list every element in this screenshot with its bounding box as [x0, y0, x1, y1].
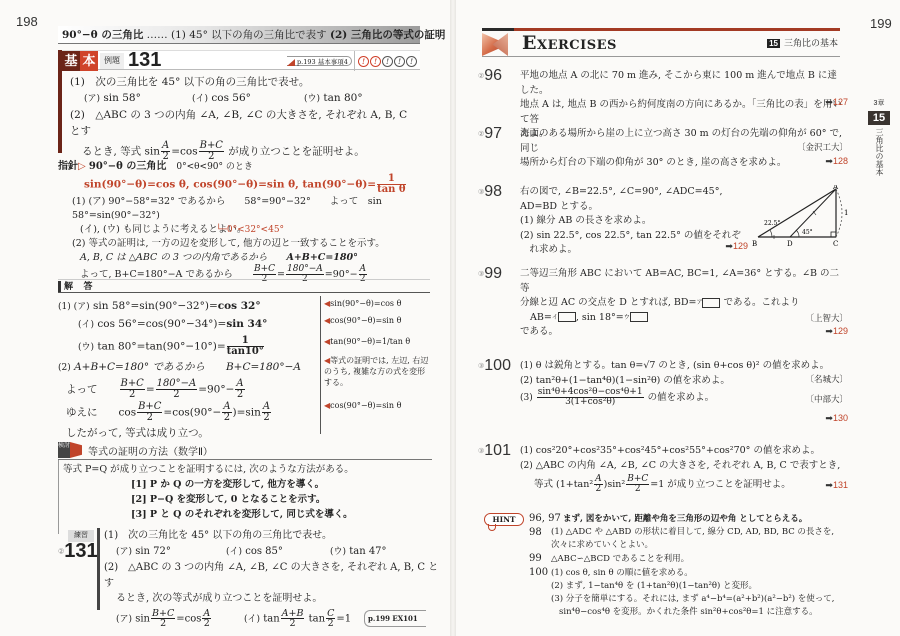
svg-text:D: D	[787, 240, 793, 248]
difficulty-icon-empty: !	[394, 56, 405, 67]
practice-reference-link[interactable]: p.199 EX101	[364, 610, 426, 628]
exercise-source: 〔上智大〕	[805, 312, 848, 324]
side-note: ◀tan(90°−θ)=1/tan θ	[324, 336, 432, 347]
guide-step2b: A, B, C は △ABC の 3 つの内角であるから A+B+C=180°	[58, 251, 438, 265]
header-rule	[482, 28, 840, 31]
exercise-97: ②97 海面のある場所から崖の上に立つ高さ 30 m の灯台の先端の仰角が 60…	[478, 125, 848, 173]
hint-item: sin⁴θ−cos⁴θ を変形。かくれた条件 sin²θ+cos²θ=1 に注意…	[529, 606, 864, 619]
exercise-96: ②96 平地の地点 A の北に 70 m 進み, そこから東に 100 m 進ん…	[478, 67, 848, 115]
exercise-source: 〔金沢工大〕	[797, 141, 848, 153]
example-q2-line1: (2) △ABC の 3 つの内角 ∠A, ∠B, ∠C の大きさを, それぞれ…	[70, 107, 420, 139]
fraction: B+C2	[137, 402, 162, 423]
example-header: 基 本 例題 131 p.193 基本事項4 ! ! ! ! !	[62, 50, 420, 70]
exercise-ref-link[interactable]: ➡129	[725, 241, 748, 252]
chapter-side-tab[interactable]: 3章 15 三角比の基本	[868, 98, 890, 176]
answer-body: (1) (ア) sin 58°=sin(90°−32°)=cos 32° (イ)…	[58, 298, 318, 442]
hint-item: (2) まず, 1−tan⁴θ を (1+tan²θ)(1−tan²θ) と変形…	[529, 580, 864, 593]
study-icon: 検討	[58, 442, 70, 458]
hint-body: 96, 97まず, 図をかいて, 距離や角を三角形の辺や角 としてとらえる。 9…	[529, 512, 864, 619]
side-tab-section: 15	[868, 111, 890, 125]
example-q1-intro: (1) 次の三角比を 45° 以下の角の三角比で表せ。	[70, 74, 420, 90]
badge-kihon-1: 基	[62, 51, 80, 71]
topic-point-2: (2) 三角比の等式の証明	[330, 29, 445, 41]
fraction: B+C2	[120, 379, 145, 400]
practice-q1-intro: (1) 次の三角比を 45° 以下の角の三角比で表せ。	[104, 528, 444, 544]
svg-text:A: A	[832, 185, 839, 191]
exercise-101: ③101 (1) cos²20°+cos²35°+cos²45°+cos²55°…	[478, 442, 848, 497]
page-number-right: 199	[870, 16, 892, 31]
formula-text: sin(90°−θ)=cos θ, cos(90°−θ)=sin θ, tan(…	[84, 178, 376, 190]
fraction: A2	[222, 402, 231, 423]
practice-q2-items: (ア) sinB+C2=cosA2 (イ) tanA+B2 tanC2=1 p.…	[104, 609, 444, 629]
exercise-ref-link[interactable]: ➡127	[825, 97, 848, 108]
difficulty-icon-empty: !	[406, 56, 417, 67]
hint-item: (3) 分子を簡単にする。それには, まず a⁴−b⁴=(a²+b²)(a²−b…	[529, 593, 864, 606]
hint-badge: HINT	[484, 513, 524, 526]
header-underline	[482, 56, 840, 57]
example-label: 例題	[100, 53, 124, 69]
left-page: 198 90°−θ の三角比 …… (1) 45° 以下の角の三角比で表す (2…	[0, 0, 452, 636]
answer-marker	[58, 281, 61, 292]
practice-q1-items: (ア) sin 72° (イ) cos 85° (ウ) tan 47°	[104, 544, 444, 561]
item-label: (イ)	[192, 94, 208, 104]
flag-icon	[70, 442, 82, 458]
practice-number: ②131	[58, 540, 98, 563]
answer-blank[interactable]	[630, 312, 648, 322]
chapter-number: 15	[767, 39, 780, 48]
study-method: [1] P か Q の一方を変形して, 他方を導く。	[59, 477, 432, 492]
triangle-right-icon: ▷	[78, 161, 86, 172]
example-q1-items: (ア) sin 58° (イ) cos 56° (ウ) tan 80°	[70, 90, 420, 107]
arrow-right-icon: ➡	[825, 156, 833, 166]
practice-divider	[97, 528, 100, 610]
arrow-right-icon: ➡	[825, 480, 833, 490]
text: =cos	[171, 145, 197, 157]
guide-label: 指針	[58, 161, 78, 172]
arrow-right-icon: ➡	[825, 97, 833, 107]
study-method: [2] P−Q を変形して, 0 となることを示す。	[59, 492, 432, 507]
exercise-99: ③99 二等辺三角形 ABC において AB=AC, BC=1, ∠A=36° …	[478, 265, 848, 339]
exercise-source: 〔名城大〕	[805, 373, 848, 385]
hint-item: 98(1) △ADC や △ABD の形状に着目して, 線分 CD, AD, B…	[529, 526, 864, 552]
study-section: 検討 等式の証明の方法（数学Ⅱ） 等式 P=Q が成り立つことを証明するには, …	[58, 440, 432, 534]
guide-step1: (1) (ア) 90°−58°=32° であるから 58°=90°−32° よっ…	[58, 195, 438, 223]
arrow-right-icon: ➡	[825, 326, 833, 336]
side-note: ◀cos(90°−θ)=sin θ	[324, 400, 432, 411]
study-intro: 等式 P=Q が成り立つことを証明するには, 次のような方法がある。	[59, 462, 432, 477]
chapter-tag: 15三角比の基本	[767, 36, 838, 49]
item-expr: sin 58°	[103, 92, 140, 104]
svg-text:45°: 45°	[802, 229, 813, 236]
item-label: (ウ)	[304, 94, 320, 104]
practice-q2-line2: るとき, 次の等式が成り立つことを証明せよ。	[104, 591, 444, 607]
exercise-100: ③100 (1) θ は鋭角とする。tan θ=√7 のとき, (sin θ+c…	[478, 357, 848, 427]
example-q2-line2: るとき, 等式 sinA2=cosB+C2 が成り立つことを証明せよ。	[70, 141, 420, 162]
example-body: (1) 次の三角比を 45° 以下の角の三角比で表せ。 (ア) sin 58° …	[70, 74, 420, 162]
guide-note: └─0°<32°<45°	[216, 223, 284, 237]
side-tab-title: 三角比の基本	[874, 128, 884, 176]
item-label: (ア)	[84, 94, 100, 104]
arrow-right-icon: ➡	[825, 413, 833, 423]
answer-blank[interactable]	[558, 312, 576, 322]
study-header: 検討 等式の証明の方法（数学Ⅱ）	[58, 440, 432, 460]
text: が成り立つことを証明せよ。	[225, 145, 365, 157]
svg-text:1: 1	[844, 209, 848, 217]
fraction: 1tan θ	[377, 174, 405, 195]
exercise-text: 二等辺三角形 ABC において AB=AC, BC=1, ∠A=36° とする。…	[520, 267, 845, 340]
exercise-number: ③99	[478, 265, 502, 283]
exercise-number: ②96	[478, 67, 502, 85]
text: A, B, C は △ABC の 3 つの内角であるから	[80, 252, 267, 263]
fraction: 180°−A2	[156, 379, 198, 400]
practice-body: (1) 次の三角比を 45° 以下の角の三角比で表せ。 (ア) sin 72° …	[104, 528, 444, 629]
answer-line: (ウ) tan 80°=tan(90°−10°)=1tan10°	[58, 336, 318, 357]
exercise-ref-link[interactable]: ➡131	[825, 480, 848, 491]
topic-point-1: (1) 45° 以下の角の三角比で表す	[171, 29, 327, 41]
example-box: 基 本 例題 131 p.193 基本事項4 ! ! ! ! ! (1) 次の三…	[58, 50, 420, 153]
exercise-text: 右の図で, ∠B=22.5°, ∠C=90°, ∠ADC=45°, AD=BD …	[520, 185, 750, 258]
fraction: B+C2	[199, 141, 224, 162]
exercises-title: Exercises	[522, 32, 617, 54]
answer-line: (1) (ア) sin 58°=sin(90°−32°)=cos 32°	[58, 298, 318, 316]
guide-section: 指針▷ 90°−θ の三角比 0°<θ<90° のとき sin(90°−θ)=c…	[58, 160, 438, 284]
item-expr: cos 56°	[211, 92, 251, 104]
exercise-text: (1) cos²20°+cos²35°+cos²45°+cos²55°+cos²…	[520, 444, 845, 494]
practice-q2-line1: (2) △ABC の 3 つの内角 ∠A, ∠B, ∠C の大きさを, それぞれ…	[104, 560, 444, 591]
page-number-left: 198	[16, 14, 38, 29]
answer-side-notes: ◀sin(90°−θ)=cos θ ◀cos(90°−θ)=sin θ ◀tan…	[320, 296, 432, 434]
answer-heading-bar: 解 答	[58, 279, 430, 293]
topic-bar: 90°−θ の三角比 …… (1) 45° 以下の角の三角比で表す (2) 三角…	[58, 26, 420, 44]
side-note: ◀sin(90°−θ)=cos θ	[324, 298, 432, 309]
fraction: A2	[161, 141, 170, 162]
difficulty-icon-filled: !	[370, 56, 381, 67]
fraction: 1tan10°	[227, 336, 264, 357]
arrow-right-icon: ➡	[725, 241, 733, 251]
exercise-ref-link[interactable]: ➡130	[825, 413, 848, 424]
study-title: 等式の証明の方法（数学Ⅱ）	[88, 443, 213, 458]
svg-text:B: B	[752, 240, 757, 248]
difficulty-rating: ! ! ! ! !	[354, 51, 420, 71]
badge-kihon-2: 本	[80, 51, 98, 71]
exercise-source: 〔中部大〕	[805, 393, 848, 405]
exercise-number: ③101	[478, 442, 511, 460]
guide-formula: sin(90°−θ)=cos θ, cos(90°−θ)=sin θ, tan(…	[58, 174, 438, 195]
answer-blank[interactable]	[702, 298, 720, 308]
guide-condition: 0°<θ<90° のとき	[176, 162, 253, 172]
fraction: A2	[262, 402, 271, 423]
hint-item: 96, 97まず, 図をかいて, 距離や角を三角形の辺や角 としてとらえる。	[529, 512, 864, 526]
svg-text:22.5°: 22.5°	[764, 220, 780, 227]
answer-line: ゆえに cosB+C2=cos(90°−A2)=sinA2	[58, 402, 318, 423]
reference-tag[interactable]: p.193 基本事項4	[287, 56, 352, 66]
exercise-text: (1) θ は鋭角とする。tan θ=√7 のとき, (sin θ+cos θ)…	[520, 359, 845, 407]
difficulty-icon-empty: !	[382, 56, 393, 67]
difficulty-icon-filled: !	[358, 56, 369, 67]
exercises-header: Exercises 15三角比の基本	[482, 28, 840, 58]
answer-heading: 解 答	[64, 280, 97, 293]
fraction: A2	[235, 379, 244, 400]
guide-heading: 90°−θ の三角比	[89, 161, 166, 172]
side-note: ◀等式の証明では, 左辺, 右辺のうち, 複雑な方の式を変形する。	[324, 355, 432, 388]
exercise-number: ③100	[478, 357, 511, 375]
answer-line: よって B+C2=180°−A2=90°−A2	[58, 379, 318, 400]
triangle-figure: B D C A 1 22.5° 45°	[750, 185, 850, 249]
topic-dots: ……	[147, 29, 168, 41]
exercise-98: ③98 右の図で, ∠B=22.5°, ∠C=90°, ∠ADC=45°, AD…	[478, 183, 848, 253]
side-note: ◀cos(90°−θ)=sin θ	[324, 315, 432, 326]
answer-line: (2) A+B+C=180° であるから B+C=180°−A	[58, 359, 318, 377]
equation: A+B+C=180°	[286, 252, 357, 263]
hint-item: 100(1) cos θ, sin θ の順に値を求める。	[529, 566, 864, 580]
guide-step2: (2) 等式の証明は, 一方の辺を変形して, 他方の辺と一致することを示す。	[58, 237, 438, 251]
exercise-number: ②97	[478, 125, 502, 143]
item-expr: tan 80°	[323, 92, 362, 104]
text: るとき, 等式 sin	[82, 145, 160, 157]
topic-title: 90°−θ の三角比	[62, 29, 143, 41]
hint-item: 99△ABC∽△BCD であることを利用。	[529, 552, 864, 566]
study-method: [3] P と Q のそれぞれを変形して, 同じ式を導く。	[59, 507, 432, 522]
svg-text:C: C	[833, 240, 838, 248]
study-body: 等式 P=Q が成り立つことを証明するには, 次のような方法がある。 [1] P…	[58, 460, 432, 534]
exercise-ref-link[interactable]: ➡129	[825, 326, 848, 337]
guide-step1b: (イ), (ウ) も同じように考えるとよい。└─0°<32°<45°	[58, 223, 438, 237]
chapter-title: 三角比の基本	[784, 38, 838, 48]
example-number: 131	[128, 49, 161, 72]
exercise-ref-link[interactable]: ➡128	[825, 156, 848, 167]
side-tab-chapter: 3章	[868, 98, 890, 108]
book-spine	[450, 0, 456, 636]
answer-line: (イ) cos 56°=cos(90°−34°)=sin 34°	[58, 316, 318, 334]
exercise-number: ③98	[478, 183, 502, 201]
